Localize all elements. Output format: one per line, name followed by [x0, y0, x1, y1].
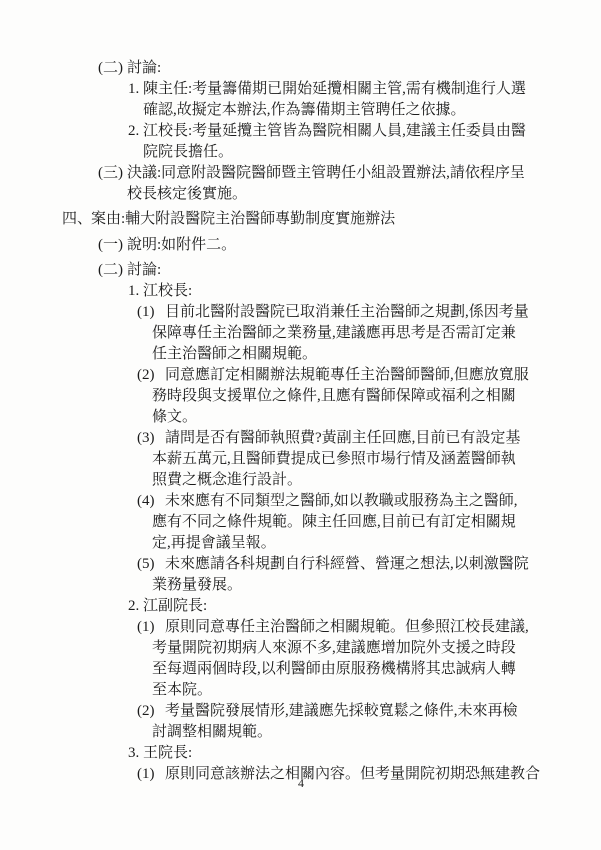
list-item: 2. 江校長:考量延攬主管皆為醫院相關人員,建議主任委員由醫院院長擔任。 — [62, 121, 544, 163]
item-marker: 四、 — [62, 209, 92, 230]
text-line: 討論: — [127, 58, 544, 79]
list-item: (5) 未來應請各科規劃自行科經營、營運之想法,以刺激醫院業務量發展。 — [62, 554, 544, 596]
text-line: 決議:同意附設醫院醫師暨主管聘任小組設置辦法,請依程序呈 — [127, 163, 544, 184]
item-marker: (一) — [98, 235, 123, 256]
text-line: 照費之概念進行設計。 — [152, 470, 544, 491]
item-text: 案由:輔大附設醫院主治醫師專勤制度實施辦法 — [62, 209, 544, 230]
list-item: (1) 目前北醫附設醫院已取消兼任主治醫師之規劃,係因考量保障專任主治醫師之業務… — [62, 302, 544, 365]
text-line: 確認,故擬定本辦法,作為籌備期主管聘任之依據。 — [143, 100, 544, 121]
item-marker: 1. — [128, 281, 139, 302]
list-item: (三) 決議:同意附設醫院醫師暨主管聘任小組設置辦法,請依程序呈校長核定後實施。 — [62, 163, 544, 205]
text-line: 條文。 — [152, 407, 544, 428]
text-line: 考量醫院發展情形,建議應先採較寬鬆之條件,未來再檢 — [152, 701, 544, 722]
text-line: 陳主任:考量籌備期已開始延攬相關主管,需有機制進行人選 — [143, 79, 544, 100]
page-number: 4 — [62, 776, 540, 790]
item-text: 同意應訂定相關辦法規範專任主治醫師醫師,但應放寬服務時段與支援單位之條件,且應有… — [62, 365, 544, 428]
item-text: 討論: — [62, 260, 544, 281]
item-text: 討論: — [62, 58, 544, 79]
text-line: 業務量發展。 — [152, 575, 544, 596]
text-line: 至本院。 — [152, 680, 544, 701]
item-marker: (二) — [98, 260, 123, 281]
item-marker: (2) — [137, 365, 155, 386]
list-item: (1) 原則同意專任主治醫師之相關規範。但參照江校長建議,考量開院初期病人來源不… — [62, 617, 544, 701]
list-item: (二) 討論: — [62, 260, 544, 281]
item-text: 決議:同意附設醫院醫師暨主管聘任小組設置辦法,請依程序呈校長核定後實施。 — [62, 163, 544, 205]
item-marker: (5) — [137, 554, 155, 575]
text-line: 未來應請各科規劃自行科經營、營運之想法,以刺激醫院 — [152, 554, 544, 575]
text-line: 任主治醫師之相關規範。 — [152, 344, 544, 365]
list-item: (一) 說明:如附件二。 — [62, 235, 544, 256]
text-line: 保障專任主治醫師之業務量,建議應再思考是否需訂定兼 — [152, 323, 544, 344]
list-item: (2) 考量醫院發展情形,建議應先採較寬鬆之條件,未來再檢討調整相關規範。 — [62, 701, 544, 743]
text-line: 務時段與支援單位之條件,且應有醫師保障或福利之相關 — [152, 386, 544, 407]
text-line: 江校長: — [143, 281, 544, 302]
item-text: 考量醫院發展情形,建議應先採較寬鬆之條件,未來再檢討調整相關規範。 — [62, 701, 544, 743]
list-item: (2) 同意應訂定相關辦法規範專任主治醫師醫師,但應放寬服務時段與支援單位之條件… — [62, 365, 544, 428]
list-item: 2. 江副院長: — [62, 596, 544, 617]
item-marker: (1) — [137, 617, 155, 638]
list-item: (二) 討論: — [62, 58, 544, 79]
item-marker: (三) — [98, 163, 123, 184]
item-marker: (1) — [137, 302, 155, 323]
document-body: (二) 討論: 1. 陳主任:考量籌備期已開始延攬相關主管,需有機制進行人選確認… — [62, 58, 544, 785]
document-page: (二) 討論: 1. 陳主任:考量籌備期已開始延攬相關主管,需有機制進行人選確認… — [0, 0, 601, 850]
item-marker: 3. — [128, 743, 139, 764]
item-marker: 1. — [128, 79, 139, 100]
list-item: 1. 江校長: — [62, 281, 544, 302]
item-marker: (3) — [137, 428, 155, 449]
list-item: 1. 陳主任:考量籌備期已開始延攬相關主管,需有機制進行人選確認,故擬定本辦法,… — [62, 79, 544, 121]
text-line: 請問是否有醫師執照費?黃副主任回應,目前已有設定基 — [152, 428, 544, 449]
text-line: 目前北醫附設醫院已取消兼任主治醫師之規劃,係因考量 — [152, 302, 544, 323]
text-line: 本薪五萬元,且醫師費提成已參照市場行情及涵蓋醫師執 — [152, 449, 544, 470]
text-line: 討調整相關規範。 — [152, 722, 544, 743]
text-line: 應有不同之條件規範。陳主任回應,目前已有訂定相關規 — [152, 512, 544, 533]
text-line: 案由:輔大附設醫院主治醫師專勤制度實施辦法 — [91, 209, 544, 230]
text-line: 定,再提會議呈報。 — [152, 533, 544, 554]
text-line: 原則同意專任主治醫師之相關規範。但參照江校長建議, — [152, 617, 544, 638]
list-item: (3) 請問是否有醫師執照費?黃副主任回應,目前已有設定基本薪五萬元,且醫師費提… — [62, 428, 544, 491]
text-line: 江副院長: — [143, 596, 544, 617]
text-line: 討論: — [127, 260, 544, 281]
item-marker: (二) — [98, 58, 123, 79]
item-marker: (2) — [137, 701, 155, 722]
list-item: 四、 案由:輔大附設醫院主治醫師專勤制度實施辦法 — [62, 209, 544, 230]
item-text: 請問是否有醫師執照費?黃副主任回應,目前已有設定基本薪五萬元,且醫師費提成已參照… — [62, 428, 544, 491]
item-text: 未來應請各科規劃自行科經營、營運之想法,以刺激醫院業務量發展。 — [62, 554, 544, 596]
text-line: 未來應有不同類型之醫師,如以教職或服務為主之醫師, — [152, 491, 544, 512]
item-marker: 2. — [128, 596, 139, 617]
text-line: 王院長: — [143, 743, 544, 764]
text-line: 江校長:考量延攬主管皆為醫院相關人員,建議主任委員由醫 — [143, 121, 544, 142]
item-text: 目前北醫附設醫院已取消兼任主治醫師之規劃,係因考量保障專任主治醫師之業務量,建議… — [62, 302, 544, 365]
text-line: 說明:如附件二。 — [127, 235, 544, 256]
item-text: 說明:如附件二。 — [62, 235, 544, 256]
list-item: 3. 王院長: — [62, 743, 544, 764]
item-marker: 2. — [128, 121, 139, 142]
text-line: 院院長擔任。 — [143, 142, 544, 163]
text-line: 同意應訂定相關辦法規範專任主治醫師醫師,但應放寬服 — [152, 365, 544, 386]
item-text: 未來應有不同類型之醫師,如以教職或服務為主之醫師,應有不同之條件規範。陳主任回應… — [62, 491, 544, 554]
list-item: (4) 未來應有不同類型之醫師,如以教職或服務為主之醫師,應有不同之條件規範。陳… — [62, 491, 544, 554]
text-line: 至每週兩個時段,以利醫師由原服務機構將其忠誠病人轉 — [152, 659, 544, 680]
text-line: 考量開院初期病人來源不多,建議應增加院外支援之時段 — [152, 638, 544, 659]
text-line: 校長核定後實施。 — [127, 184, 544, 205]
item-text: 原則同意專任主治醫師之相關規範。但參照江校長建議,考量開院初期病人來源不多,建議… — [62, 617, 544, 701]
item-marker: (4) — [137, 491, 155, 512]
